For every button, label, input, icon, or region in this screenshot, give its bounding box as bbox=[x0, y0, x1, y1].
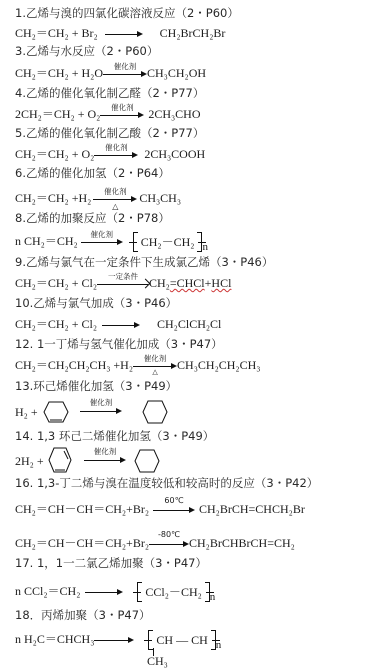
reaction-10-equation: CH₂＝CH₂ + Cl₂ CH₂ClCH₂Cl bbox=[15, 317, 221, 332]
reaction-16a-equation: CH₂＝CH－CH＝CH₂+Br₂60℃CH₂BrCH=CHCH₂Br bbox=[15, 502, 305, 517]
reaction-18-equation: n H₂C＝CHCH₃CH — CHn bbox=[15, 632, 221, 652]
reactants: n H₂C＝CHCH₃ bbox=[15, 632, 94, 646]
reaction-1-title: 1.乙烯与溴的四氯化碳溶液反应（2・P60） bbox=[15, 6, 239, 20]
reaction-arrow-icon: 催化剂 bbox=[100, 108, 144, 122]
reactants: CH₂＝CH₂ + Br₂ bbox=[15, 26, 98, 40]
reaction-8-equation: n CH₂＝CH₂ 催化剂CH₂－CH₂n bbox=[15, 234, 208, 254]
reaction-arrow-icon bbox=[102, 318, 140, 332]
reactants: 2H₂ + bbox=[15, 454, 44, 468]
products: CH₂BrCHBrCH=CH₂ bbox=[189, 536, 295, 550]
reaction-12-equation: CH₂＝CH₂CH₂CH₃ +H₂催化剂△CH₃CH₂CH₂CH₃ bbox=[15, 358, 260, 373]
polymer-bracket: CH₂－CH₂ bbox=[133, 235, 203, 249]
products: CH₃CH₂OH bbox=[147, 66, 206, 80]
reaction-5-title: 5.乙烯的催化氧化制乙酸（2・P77） bbox=[15, 126, 204, 140]
cyclohexane-icon bbox=[134, 449, 160, 473]
products: 2CH₃CHO bbox=[148, 107, 200, 121]
reactants: H₂ + bbox=[15, 405, 38, 419]
heat-symbol: △ bbox=[133, 365, 177, 379]
temperature-label: 60℃ bbox=[153, 494, 195, 508]
reaction-18-title: 18．丙烯加聚（3・P47） bbox=[15, 608, 151, 622]
reaction-16-title: 16. 1,3-丁二烯与溴在温度较低和较高时的反应（3・P42） bbox=[15, 476, 318, 490]
product-part: HCl bbox=[211, 276, 231, 290]
reaction-arrow-icon bbox=[105, 27, 143, 41]
reactants: 2CH₂＝CH₂ + O₂ bbox=[15, 107, 100, 121]
polymer-bracket: CH — CH bbox=[148, 633, 215, 647]
reaction-arrow-icon: 催化剂 bbox=[80, 404, 122, 418]
reaction-arrow-icon: 催化剂 bbox=[103, 67, 147, 81]
reactants: CH₂＝CH₂CH₂CH₃ +H₂ bbox=[15, 358, 133, 372]
products: CH₃CH₂CH₂CH₃ bbox=[177, 358, 260, 372]
reaction-4-equation: 2CH₂＝CH₂ + O₂催化剂2CH₃CHO bbox=[15, 107, 201, 122]
repeat-unit-part: CH₂ bbox=[181, 585, 202, 599]
temperature-label: -80℃ bbox=[149, 528, 189, 542]
reactants: CH₂＝CH－CH＝CH₂+Br₂ bbox=[15, 502, 149, 516]
repeat-unit: CH₂－CH₂ bbox=[141, 235, 195, 249]
reactants: CH₂＝CH₂ + Cl₂ bbox=[15, 276, 97, 290]
reaction-13-title: 13.环己烯催化加氢（3・P49） bbox=[15, 379, 177, 393]
catalyst-label: 催化剂 bbox=[84, 446, 126, 457]
reaction-14-title: 14. 1,3 环己二烯催化加氢（3・P49） bbox=[15, 429, 214, 443]
reaction-3-title: 3.乙烯与水反应（2・P60） bbox=[15, 44, 158, 58]
cyclohexene-icon bbox=[43, 401, 69, 423]
reaction-10-title: 10.乙烯与氯气加成（3・P46） bbox=[15, 296, 177, 310]
reactants: n CCl₂＝CH₂ bbox=[15, 584, 80, 598]
products: CH₃CH₃ bbox=[139, 191, 181, 205]
reaction-12-title: 12. 1一丁烯与氢气催化加成（3・P47） bbox=[15, 337, 223, 351]
polymer-bracket: CCl₂－CH₂ bbox=[137, 585, 209, 599]
reaction-3-equation: CH₂＝CH₂ + H₂O催化剂CH₃CH₂OH bbox=[15, 66, 206, 81]
reaction-arrow-icon: 催化剂△ bbox=[93, 192, 137, 206]
reaction-16b-equation: CH₂＝CH－CH＝CH₂+Br₂-80℃CH₂BrCHBrCH=CH₂ bbox=[15, 536, 295, 551]
reaction-arrow-icon bbox=[94, 633, 134, 647]
reaction-arrow-icon: 60℃ bbox=[153, 503, 195, 517]
reaction-arrow-icon: 一定条件 bbox=[97, 277, 149, 291]
reaction-6-equation: CH₂＝CH₂ +H₂催化剂△CH₃CH₃ bbox=[15, 191, 181, 206]
catalyst-label: 催化剂 bbox=[80, 397, 122, 408]
reactants: CH₂＝CH₂ + H₂O bbox=[15, 66, 103, 80]
product-part: =CHCl bbox=[170, 276, 205, 290]
products: CH₂ClCH₂Cl bbox=[157, 317, 221, 331]
reaction-9-equation: CH₂＝CH₂ + Cl₂一定条件CH₂=CHCl+HCl bbox=[15, 276, 231, 291]
repeat-unit-part: CH bbox=[156, 633, 173, 647]
reaction-1-equation: CH₂＝CH₂ + Br₂ CH₂BrCH₂Br bbox=[15, 26, 225, 41]
methyl-branch: CH₃ bbox=[147, 654, 168, 669]
reaction-5-equation: CH₂＝CH₂ + O₂催化剂2CH₃COOH bbox=[15, 147, 205, 162]
repeat-unit-part: CCl₂ bbox=[145, 585, 169, 599]
reactants: CH₂＝CH₂ +H₂ bbox=[15, 191, 91, 205]
reaction-4-title: 4.乙烯的催化氧化制乙醛（2・P77） bbox=[15, 86, 204, 100]
products: CH₂BrCH=CHCH₂Br bbox=[199, 502, 305, 516]
repeat-unit-part: CH bbox=[191, 633, 208, 647]
products: CH₂BrCH₂Br bbox=[160, 26, 226, 40]
reaction-17-equation: n CCl₂＝CH₂ CCl₂－CH₂n bbox=[15, 584, 215, 604]
reaction-17-title: 17. 1，1一二氯乙烯加聚（3・P47） bbox=[15, 556, 207, 570]
reaction-arrow-icon bbox=[85, 585, 123, 599]
reaction-arrow-icon: 催化剂 bbox=[81, 235, 123, 249]
reactants: CH₂＝CH₂ + Cl₂ bbox=[15, 317, 97, 331]
reaction-8-title: 8.乙烯的加聚反应（2・P78） bbox=[15, 211, 170, 225]
reactants: CH₂＝CH－CH＝CH₂+Br₂ bbox=[15, 536, 149, 550]
reaction-13-equation: H₂ + bbox=[15, 405, 38, 420]
products: 2CH₃COOH bbox=[144, 147, 205, 161]
reaction-14-arrow: 催化剂 bbox=[84, 452, 126, 467]
reaction-14-equation: 2H₂ + bbox=[15, 454, 44, 469]
cyclohexane-icon bbox=[142, 400, 168, 424]
reaction-arrow-icon: 催化剂△ bbox=[133, 359, 177, 373]
product-part: CH₂ bbox=[149, 276, 170, 290]
reaction-arrow-icon: 催化剂 bbox=[84, 453, 126, 467]
reaction-13-arrow: 催化剂 bbox=[80, 403, 122, 418]
reaction-arrow-icon: -80℃ bbox=[149, 537, 189, 551]
reaction-6-title: 6.乙烯的催化加氢（2・P64） bbox=[15, 166, 170, 180]
reactants: CH₂＝CH₂ + O₂ bbox=[15, 147, 94, 161]
reactants: n CH₂＝CH₂ bbox=[15, 234, 78, 248]
reaction-arrow-icon: 催化剂 bbox=[94, 148, 138, 162]
reaction-9-title: 9.乙烯与氯气在一定条件下生成氯乙烯（3・P46） bbox=[15, 255, 273, 269]
cyclohexadiene-icon bbox=[48, 447, 72, 473]
